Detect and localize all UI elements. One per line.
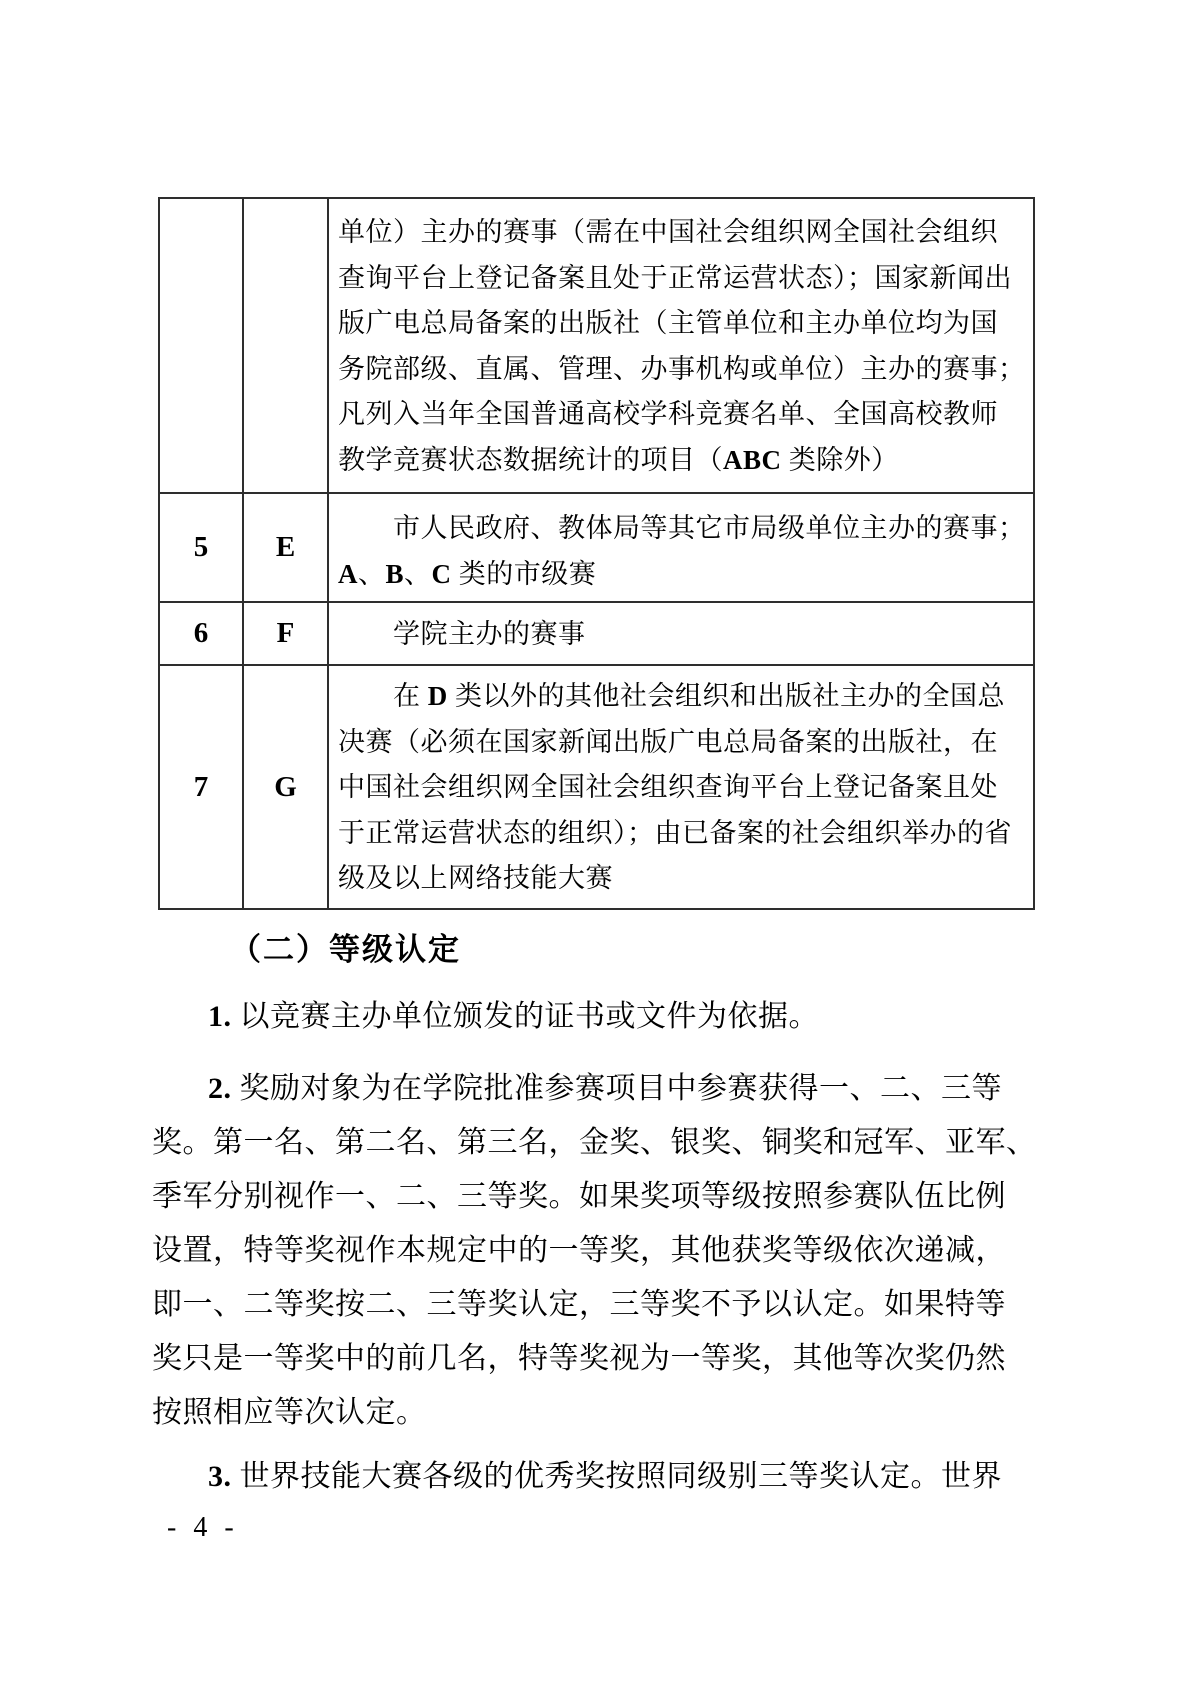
text-line: 版广电总局备案的出版社（主管单位和主办单位均为国: [338, 301, 1024, 347]
text-line: 单位）主办的赛事（需在中国社会组织网全国社会组织: [338, 210, 1024, 256]
table-cell-seq: [159, 198, 243, 493]
text-line: 季军分别视作一、二、三等奖。如果奖项等级按照参赛队伍比例: [152, 1170, 1052, 1224]
table-cell-grade-letter: F: [243, 602, 328, 665]
table-row: 6 F 学院主办的赛事: [159, 602, 1034, 665]
text-line: 查询平台上登记备案且处于正常运营状态）；国家新闻出: [338, 256, 1024, 302]
page-number: - 4 -: [167, 1512, 239, 1544]
section-heading: （二）等级认定: [230, 924, 461, 969]
cell-text: 学院主办的赛事: [329, 606, 1033, 662]
text-line: 于正常运营状态的组织）；由已备案的社会组织举办的省: [338, 811, 1024, 857]
text-line: 1. 以竞赛主办单位颁发的证书或文件为依据。: [152, 990, 1052, 1044]
table-cell-grade-letter: G: [243, 665, 328, 909]
paragraph-2: 2. 奖励对象为在学院批准参赛项目中参赛获得一、二、三等奖。第一名、第二名、第三…: [152, 1062, 1052, 1440]
table-cell-description: 在 D 类以外的其他社会组织和出版社主办的全国总决赛（必须在国家新闻出版广电总局…: [328, 665, 1034, 909]
table-row: 单位）主办的赛事（需在中国社会组织网全国社会组织查询平台上登记备案且处于正常运营…: [159, 198, 1034, 493]
table-cell-seq: 5: [159, 493, 243, 602]
text-line: 即一、二等奖按二、三等奖认定，三等奖不予以认定。如果特等: [152, 1278, 1052, 1332]
table-cell-description: 市人民政府、教体局等其它市局级单位主办的赛事；A、B、C 类的市级赛: [328, 493, 1034, 602]
text-line: 奖只是一等奖中的前几名，特等奖视为一等奖，其他等次奖仍然: [152, 1332, 1052, 1386]
table-cell-description: 单位）主办的赛事（需在中国社会组织网全国社会组织查询平台上登记备案且处于正常运营…: [328, 198, 1034, 493]
table-cell-description: 学院主办的赛事: [328, 602, 1034, 665]
text-line: 凡列入当年全国普通高校学科竞赛名单、全国高校教师: [338, 392, 1024, 438]
paragraph-1: 1. 以竞赛主办单位颁发的证书或文件为依据。: [152, 990, 1052, 1044]
table-cell-grade-letter: [243, 198, 328, 493]
paragraph-3: 3. 世界技能大赛各级的优秀奖按照同级别三等奖认定。世界: [152, 1450, 1052, 1504]
table-row: 7 G 在 D 类以外的其他社会组织和出版社主办的全国总决赛（必须在国家新闻出版…: [159, 665, 1034, 909]
text-line: 3. 世界技能大赛各级的优秀奖按照同级别三等奖认定。世界: [152, 1450, 1052, 1504]
cell-text: 单位）主办的赛事（需在中国社会组织网全国社会组织查询平台上登记备案且处于正常运营…: [329, 204, 1033, 487]
text-line: 在 D 类以外的其他社会组织和出版社主办的全国总: [338, 674, 1024, 720]
cell-text: 在 D 类以外的其他社会组织和出版社主办的全国总决赛（必须在国家新闻出版广电总局…: [329, 668, 1033, 906]
table-row: 5 E 市人民政府、教体局等其它市局级单位主办的赛事；A、B、C 类的市级赛: [159, 493, 1034, 602]
table-cell-seq: 6: [159, 602, 243, 665]
text-line: 学院主办的赛事: [338, 612, 1024, 658]
text-line: A、B、C 类的市级赛: [338, 552, 1024, 598]
text-line: 市人民政府、教体局等其它市局级单位主办的赛事；: [338, 506, 1024, 552]
table-cell-grade-letter: E: [243, 493, 328, 602]
competition-grade-table: 单位）主办的赛事（需在中国社会组织网全国社会组织查询平台上登记备案且处于正常运营…: [158, 197, 1035, 910]
text-line: 2. 奖励对象为在学院批准参赛项目中参赛获得一、二、三等: [152, 1062, 1052, 1116]
text-line: 务院部级、直属、管理、办事机构或单位）主办的赛事；: [338, 347, 1024, 393]
table-cell-seq: 7: [159, 665, 243, 909]
text-line: 级及以上网络技能大赛: [338, 856, 1024, 902]
text-line: 按照相应等次认定。: [152, 1386, 1052, 1440]
cell-text: 市人民政府、教体局等其它市局级单位主办的赛事；A、B、C 类的市级赛: [329, 494, 1033, 601]
text-line: 中国社会组织网全国社会组织查询平台上登记备案且处: [338, 765, 1024, 811]
text-line: 教学竞赛状态数据统计的项目（ABC 类除外）: [338, 438, 1024, 484]
text-line: 奖。第一名、第二名、第三名，金奖、银奖、铜奖和冠军、亚军、: [152, 1116, 1052, 1170]
text-line: 设置，特等奖视作本规定中的一等奖，其他获奖等级依次递减，: [152, 1224, 1052, 1278]
text-line: 决赛（必须在国家新闻出版广电总局备案的出版社，在: [338, 720, 1024, 766]
document-page: 单位）主办的赛事（需在中国社会组织网全国社会组织查询平台上登记备案且处于正常运营…: [0, 0, 1191, 1684]
